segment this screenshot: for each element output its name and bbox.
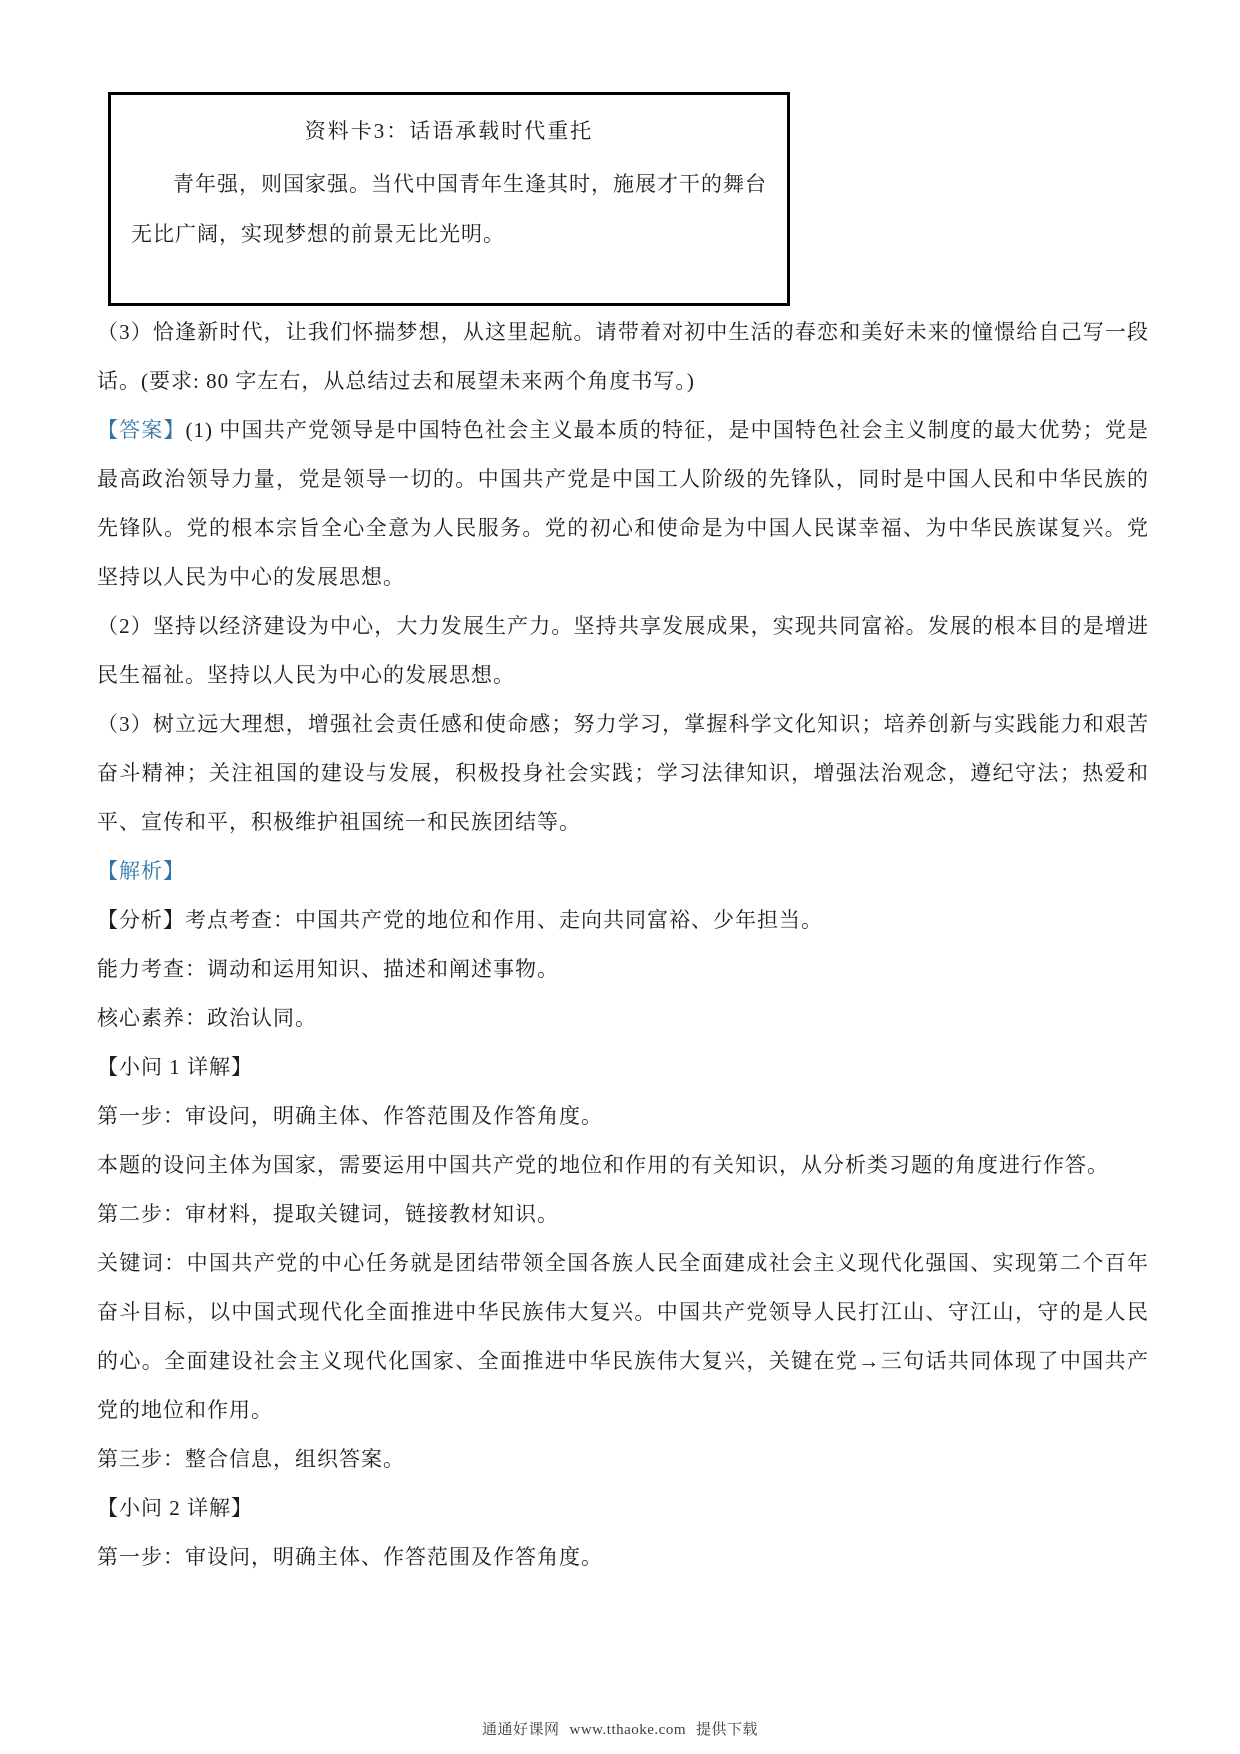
footer-site-name: 通通好课网 (482, 1722, 560, 1738)
q1-step-5: 第三步：整合信息，组织答案。 (97, 1435, 1149, 1484)
q1-step-1: 第一步：审设问，明确主体、作答范围及作答角度。 (97, 1092, 1149, 1141)
question-part3-text: （3）恰逢新时代，让我们怀揣梦想，从这里起航。请带着对初中生活的春恋和美好未来的… (97, 308, 1149, 406)
core-literacy-line: 核心素养：政治认同。 (97, 994, 1149, 1043)
q1-step-2: 本题的设问主体为国家，需要运用中国共产党的地位和作用的有关知识，从分析类习题的角… (97, 1141, 1149, 1190)
q2-step-1: 第一步：审设问，明确主体、作答范围及作答角度。 (97, 1533, 1149, 1582)
page-footer: 通通好课网www.tthaoke.com提供下载 (0, 1718, 1240, 1739)
q1-step-4: 关键词：中国共产党的中心任务就是团结带领全国各族人民全面建成社会主义现代化强国、… (97, 1239, 1149, 1435)
answer-part2-text: （2）坚持以经济建设为中心，大力发展生产力。坚持共享发展成果，实现共同富裕。发展… (97, 602, 1149, 700)
answer-part3-text: （3）树立远大理想，增强社会责任感和使命感；努力学习，掌握科学文化知识；培养创新… (97, 700, 1149, 847)
subquestion2-heading: 【小问 2 详解】 (97, 1484, 1149, 1533)
footer-download-suffix: 提供下载 (696, 1722, 758, 1738)
q1-step-3: 第二步：审材料，提取关键词，链接教材知识。 (97, 1190, 1149, 1239)
analysis-line: 【分析】考点考查：中国共产党的地位和作用、走向共同富裕、少年担当。 (97, 896, 1149, 945)
ability-line: 能力考查：调动和运用知识、描述和阐述事物。 (97, 945, 1149, 994)
footer-url: www.tthaoke.com (570, 1722, 687, 1738)
subquestion1-heading: 【小问 1 详解】 (97, 1043, 1149, 1092)
material-card-title: 资料卡3：话语承载时代重托 (131, 111, 767, 151)
document-page: 资料卡3：话语承载时代重托 青年强，则国家强。当代中国青年生逢其时，施展才干的舞… (0, 0, 1240, 1754)
explanation-label: 【解析】 (97, 847, 1149, 896)
answer-paragraph-1: 【答案】(1) 中国共产党领导是中国特色社会主义最本质的特征，是中国特色社会主义… (97, 406, 1149, 602)
material-card: 资料卡3：话语承载时代重托 青年强，则国家强。当代中国青年生逢其时，施展才干的舞… (108, 92, 790, 306)
document-body: （3）恰逢新时代，让我们怀揣梦想，从这里起航。请带着对初中生活的春恋和美好未来的… (97, 308, 1149, 1582)
answer-label: 【答案】 (97, 418, 186, 442)
answer-part1-text: (1) 中国共产党领导是中国特色社会主义最本质的特征，是中国特色社会主义制度的最… (97, 418, 1149, 589)
material-card-body: 青年强，则国家强。当代中国青年生逢其时，施展才干的舞台无比广阔，实现梦想的前景无… (131, 159, 767, 259)
